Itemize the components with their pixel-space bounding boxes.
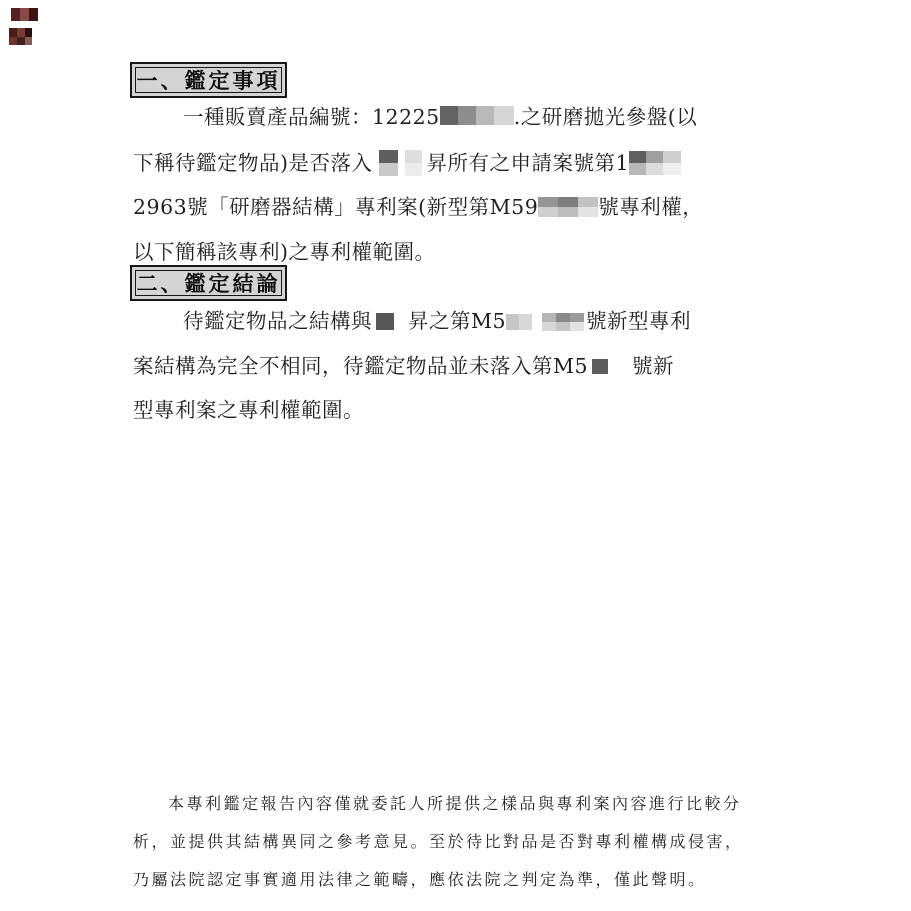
redaction-stamp [9,28,32,45]
section2-heading: 二、鑑定結論 [137,268,281,298]
paragraph-line: 下稱待鑑定物品)是否落入昇所有之申請案號第1 [133,146,681,176]
section2-heading-box: 二、鑑定結論 [130,265,287,301]
paragraph-line: 待鑑定物品之結構與昇之第M5號新型專利 [183,304,691,334]
redaction-block [379,150,398,176]
disclaimer-line: 乃屬法院認定事實適用法律之範疇，應依法院之判定為準，僅此聲明。 [133,867,707,890]
redaction-stamp [11,8,38,21]
redaction-block [538,197,598,217]
redaction-block [506,314,532,330]
redaction-block [629,151,681,175]
redaction-block [376,313,394,330]
redaction-block [405,150,422,176]
body-text: 號新 [632,354,674,378]
body-text: 號專利權， [598,195,703,219]
body-text: 型專利案之專利權範圍。 [133,398,364,422]
disclaimer-line: 本專利鑑定報告內容僅就委託人所提供之樣品與專利案內容進行比較分 [168,791,742,814]
body-text: 下稱待鑑定物品)是否落入 [133,151,373,175]
document-page: 一、鑑定事項 一種販賣產品編號：12225.之研磨拋光參盤(以 下稱待鑑定物品)… [0,0,911,911]
body-text: 昇所有之申請案號第1 [427,151,630,175]
paragraph-line: 以下簡稱該專利)之專利權範圍。 [133,235,436,265]
disclaimer-text: 析，並提供其結構異同之參考意見。至於待比對品是否對專利權構成侵害， [133,832,744,851]
body-text: 昇之第M5 [408,309,506,333]
paragraph-line: 型專利案之專利權範圍。 [133,393,364,423]
paragraph-line: 一種販賣產品編號：12225.之研磨拋光參盤(以 [183,100,697,130]
body-text: 以下簡稱該專利)之專利權範圍。 [133,240,436,264]
redaction-block [592,359,608,374]
redaction-block [440,106,514,125]
body-text: 一種販賣產品編號：12225 [183,105,440,129]
section1-heading-box: 一、鑑定事項 [130,62,287,98]
section1-heading: 一、鑑定事項 [137,65,281,95]
body-text: 案結構為完全不相同，待鑑定物品並未落入第M5 [133,354,588,378]
paragraph-line: 2963號「研磨器結構」專利案(新型第M59號專利權， [133,190,703,220]
paragraph-line: 案結構為完全不相同，待鑑定物品並未落入第M5號新 [133,349,674,379]
disclaimer-text: 本專利鑑定報告內容僅就委託人所提供之樣品與專利案內容進行比較分 [168,794,742,813]
disclaimer-text: 乃屬法院認定事實適用法律之範疇，應依法院之判定為準，僅此聲明。 [133,870,707,889]
body-text: 待鑑定物品之結構與 [183,309,372,333]
body-text: 號新型專利 [586,309,691,333]
body-text: 2963號「研磨器結構」專利案(新型第M59 [133,195,538,219]
redaction-block [542,313,584,331]
body-text: .之研磨拋光參盤(以 [514,105,698,129]
disclaimer-line: 析，並提供其結構異同之參考意見。至於待比對品是否對專利權構成侵害， [133,829,744,852]
